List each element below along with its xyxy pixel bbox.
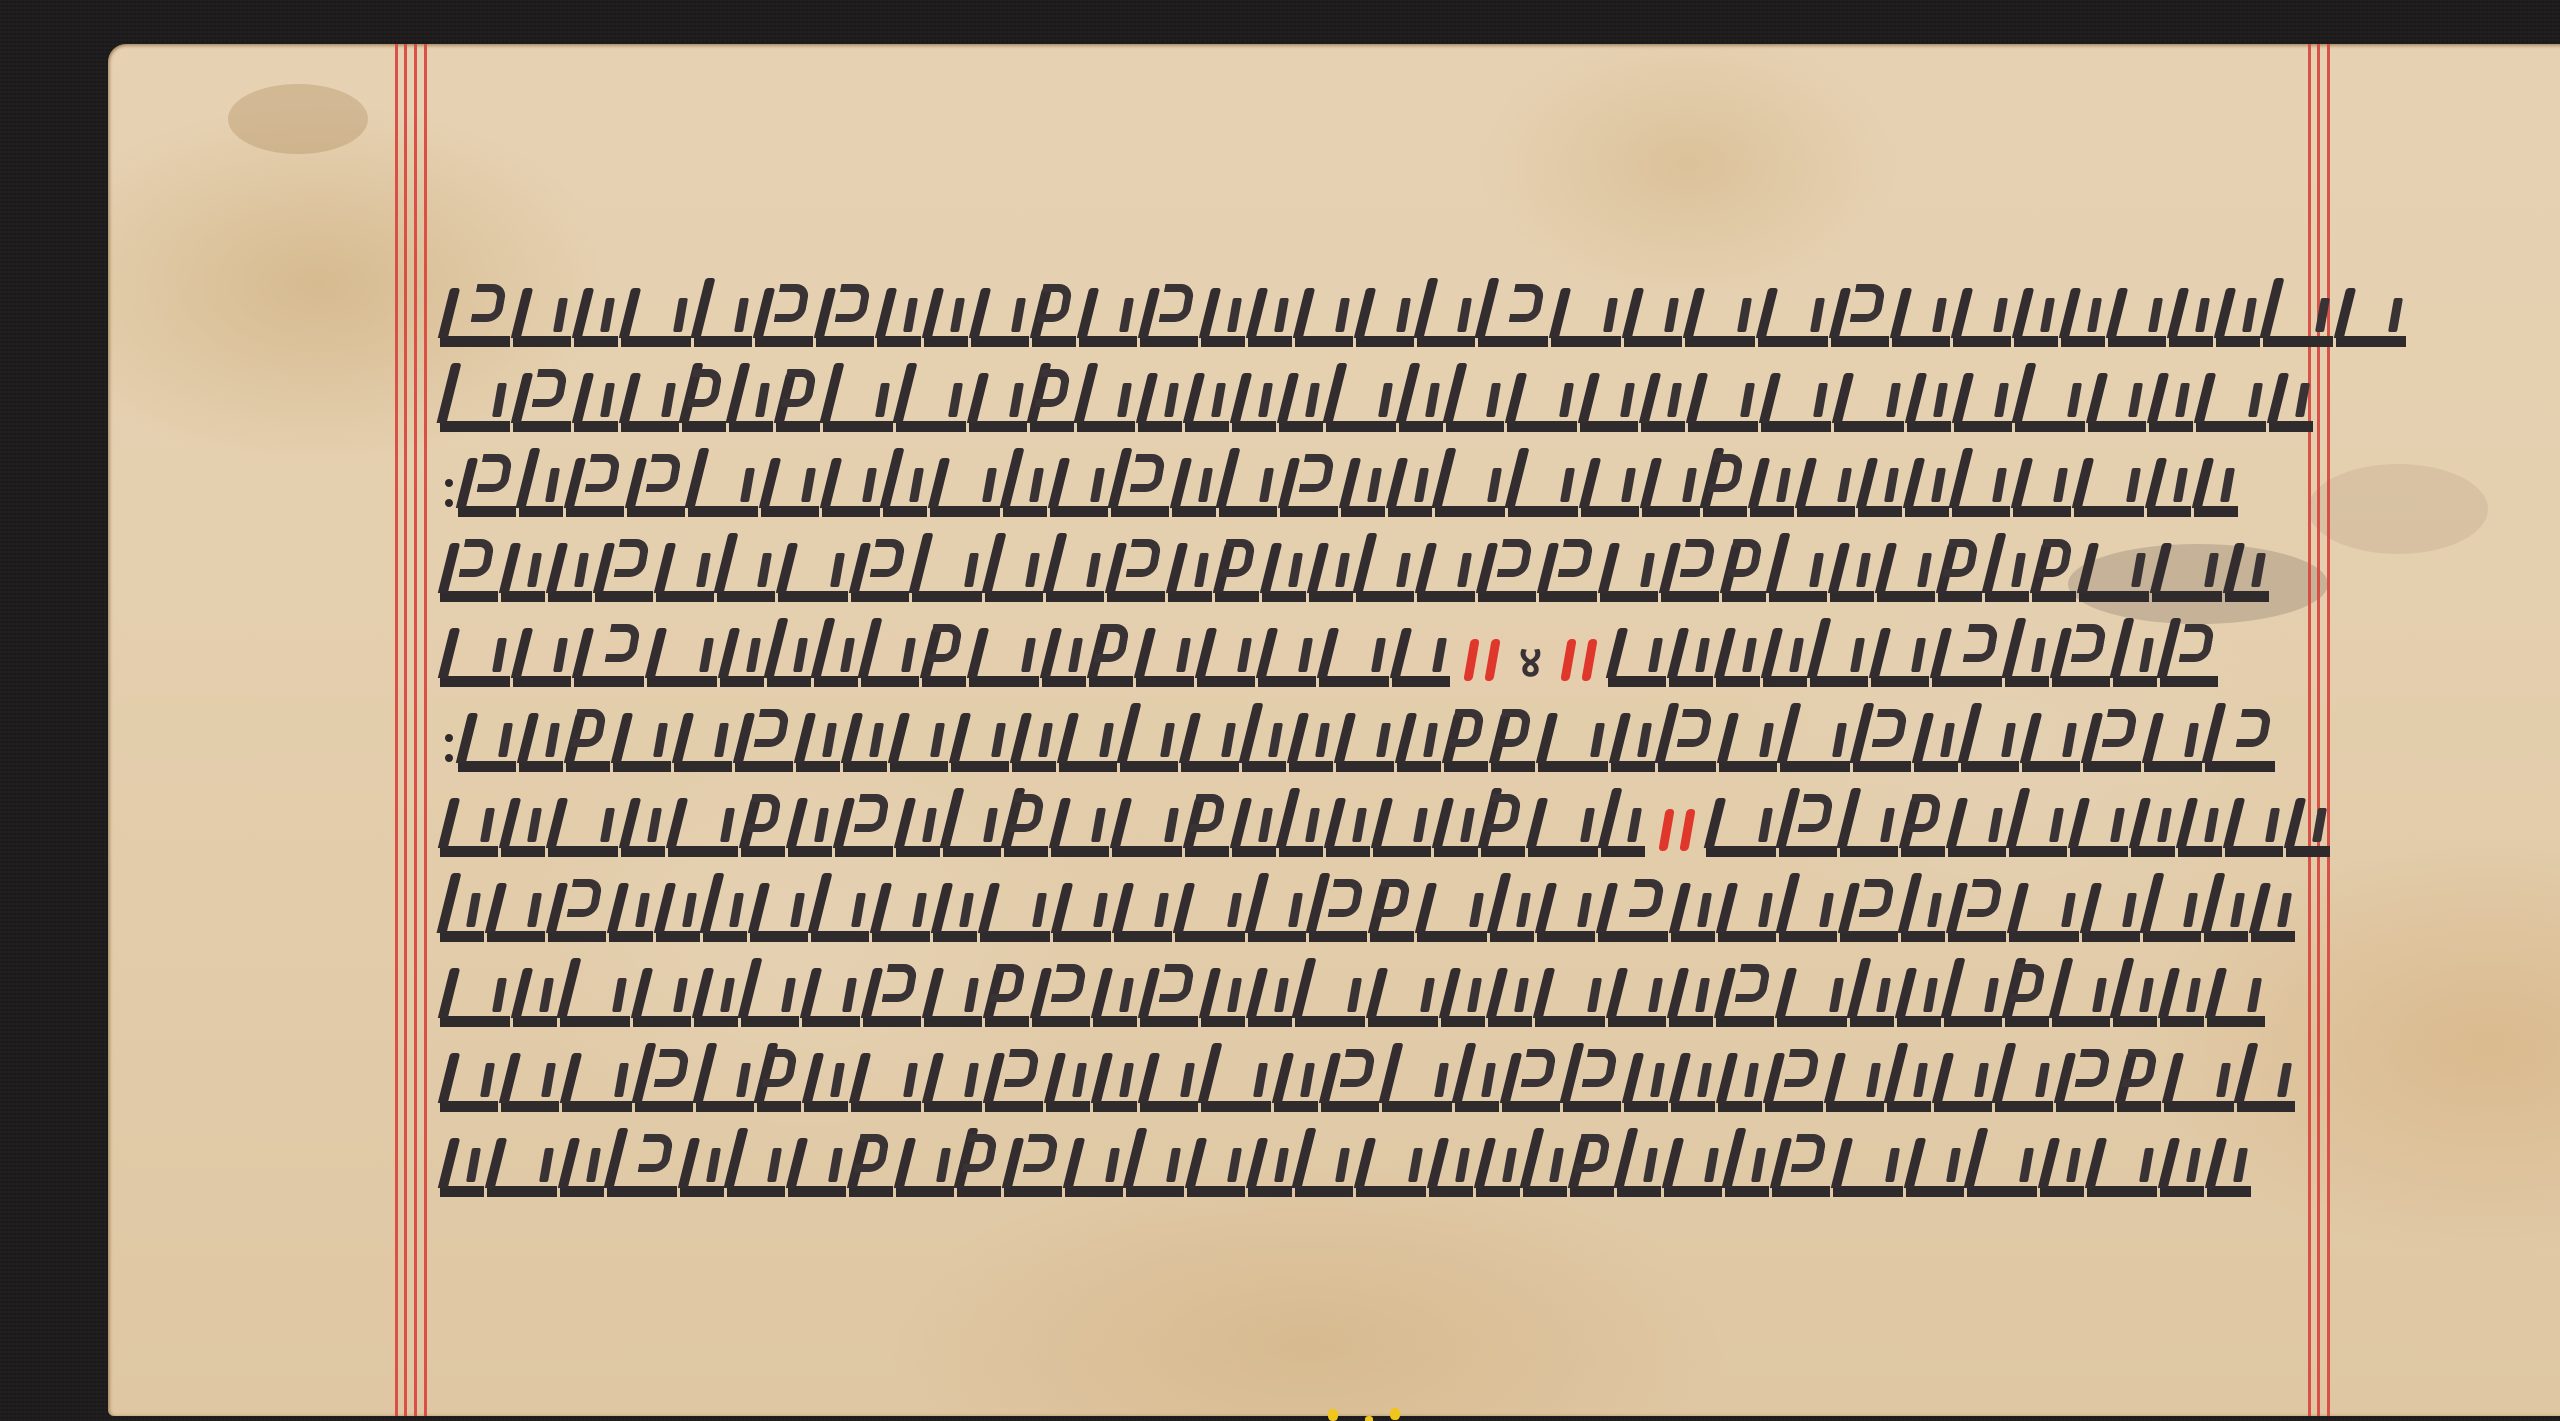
script-glyph (849, 1145, 893, 1197)
script-glyph (2013, 465, 2071, 517)
left-margin-rule (424, 44, 427, 1416)
script-glyph (2082, 890, 2140, 942)
script-glyph (2225, 550, 2269, 602)
script-glyph (1538, 720, 1608, 772)
script-glyph (1664, 1145, 1722, 1197)
script-glyph (1995, 1060, 2053, 1112)
script-glyph (1258, 635, 1316, 687)
script-glyph (1523, 1145, 1567, 1197)
script-glyph (788, 1145, 846, 1197)
script-glyph (796, 720, 840, 772)
script-glyph (1478, 550, 1536, 602)
script-glyph (2149, 380, 2193, 432)
script-glyph (609, 890, 653, 942)
script-glyph (1079, 295, 1137, 347)
script-glyph (1382, 1060, 1452, 1112)
script-glyph (1853, 720, 1911, 772)
script-glyph (802, 975, 860, 1027)
script-glyph (1059, 720, 1117, 772)
script-glyph (1197, 635, 1255, 687)
script-glyph (778, 550, 848, 602)
script-glyph (1948, 805, 2006, 857)
script-glyph (1280, 465, 1338, 517)
script-glyph (1718, 890, 1776, 942)
text-line (440, 1027, 2300, 1112)
script-glyph (1370, 890, 1414, 942)
script-glyph (1012, 720, 1056, 772)
text-line (440, 942, 2300, 1027)
script-glyph (1077, 380, 1135, 432)
script-glyph (1326, 805, 1370, 857)
script-glyph (1539, 550, 1597, 602)
script-glyph (1274, 1060, 1318, 1112)
script-glyph (1490, 890, 1534, 942)
script-glyph (896, 380, 966, 432)
script-glyph (440, 295, 510, 347)
script-glyph (1441, 975, 1485, 1027)
script-glyph (627, 465, 685, 517)
script-glyph (1397, 720, 1441, 772)
visarga-mark (444, 720, 454, 772)
script-glyph (458, 465, 516, 517)
script-glyph (2225, 805, 2283, 857)
paper-stain (2308, 464, 2488, 554)
script-glyph (566, 720, 610, 772)
script-glyph (1769, 550, 1827, 602)
script-glyph (843, 720, 887, 772)
script-glyph (2237, 1060, 2295, 1112)
script-glyph (1309, 550, 1353, 602)
script-glyph (1295, 1145, 1353, 1197)
script-glyph (487, 890, 545, 942)
script-glyph (1833, 1145, 1903, 1197)
script-glyph (1046, 550, 1104, 602)
script-glyph (1831, 295, 1889, 347)
script-glyph (1887, 1060, 1931, 1112)
red-double-danda (1467, 639, 1497, 681)
script-glyph (943, 805, 1001, 857)
verse-number: ४ (1519, 641, 1542, 685)
script-glyph (922, 635, 966, 687)
script-glyph (1905, 465, 1949, 517)
script-glyph (1953, 295, 2011, 347)
paper-stain (228, 84, 368, 154)
script-glyph (1669, 975, 1713, 1027)
script-glyph (2204, 890, 2248, 942)
script-glyph (788, 805, 832, 857)
script-glyph (2087, 1145, 2157, 1197)
script-glyph (1201, 295, 1245, 347)
script-glyph (1722, 550, 1766, 602)
script-glyph (1932, 635, 2002, 687)
script-glyph (574, 635, 644, 687)
script-glyph (1780, 720, 1850, 772)
script-glyph (985, 1060, 1043, 1112)
script-glyph (1502, 1060, 1560, 1112)
script-glyph (1172, 465, 1216, 517)
script-glyph (890, 720, 948, 772)
script-glyph (1906, 1145, 1964, 1197)
script-glyph (1685, 295, 1755, 347)
script-glyph (2207, 1145, 2251, 1197)
script-glyph (2015, 380, 2085, 432)
script-glyph (1168, 550, 1212, 602)
script-glyph (1810, 635, 1868, 687)
script-glyph (1617, 1145, 1661, 1197)
script-glyph (1093, 975, 1137, 1027)
script-glyph (1779, 805, 1837, 857)
script-glyph (767, 635, 811, 687)
script-glyph (729, 380, 773, 432)
script-glyph (1042, 635, 1086, 687)
script-glyph (1907, 380, 1951, 432)
script-glyph (1797, 465, 1855, 517)
script-glyph (924, 975, 982, 1027)
right-margin-rule (2308, 44, 2311, 1416)
script-glyph (2196, 380, 2266, 432)
script-glyph (1967, 1145, 2037, 1197)
script-glyph (1136, 635, 1194, 687)
script-glyph (883, 465, 927, 517)
script-glyph (1581, 465, 1639, 517)
script-glyph (757, 1060, 801, 1112)
script-glyph (1126, 1145, 1184, 1197)
script-glyph (607, 1145, 677, 1197)
script-glyph (761, 465, 819, 517)
script-glyph (2074, 465, 2144, 517)
script-glyph (513, 295, 571, 347)
script-glyph (1295, 975, 1365, 1027)
script-glyph (2108, 295, 2166, 347)
script-glyph (1262, 550, 1306, 602)
script-glyph (1107, 550, 1165, 602)
script-glyph (1478, 295, 1548, 347)
script-glyph (2216, 295, 2260, 347)
script-glyph (1093, 1060, 1137, 1112)
script-glyph (1777, 975, 1847, 1027)
script-glyph (1580, 380, 1638, 432)
script-glyph (755, 295, 813, 347)
script-glyph (2079, 550, 2149, 602)
left-margin-rule (395, 44, 398, 1416)
script-glyph (574, 295, 618, 347)
script-glyph (2032, 550, 2076, 602)
script-glyph (519, 465, 563, 517)
script-glyph (1914, 720, 1958, 772)
script-glyph (1032, 975, 1090, 1027)
script-glyph (1356, 1145, 1426, 1197)
script-glyph (2056, 1060, 2114, 1112)
pigment-speck (1328, 1409, 1338, 1421)
script-glyph (656, 550, 714, 602)
script-glyph (1444, 720, 1488, 772)
script-glyph (776, 380, 820, 432)
script-glyph (930, 465, 1000, 517)
script-glyph (912, 550, 982, 602)
script-glyph (440, 635, 510, 687)
script-glyph (2194, 465, 2238, 517)
script-glyph (1140, 295, 1198, 347)
script-glyph (2005, 975, 2049, 1027)
script-glyph (1750, 465, 1794, 517)
script-glyph (2117, 1060, 2161, 1112)
text-line (440, 347, 2300, 432)
script-glyph (2205, 720, 2275, 772)
script-glyph (548, 890, 606, 942)
text-line (440, 772, 2300, 857)
script-glyph (440, 890, 484, 942)
script-glyph (1388, 465, 1432, 517)
script-glyph (1175, 890, 1245, 942)
script-glyph (2251, 890, 2295, 942)
script-glyph (2164, 1060, 2234, 1112)
script-glyph (1877, 550, 1935, 602)
script-glyph (1608, 975, 1666, 1027)
red-double-danda (1662, 809, 1692, 851)
text-line (440, 432, 2300, 517)
script-glyph (501, 805, 545, 857)
script-glyph (2286, 805, 2330, 857)
script-glyph (1248, 295, 1292, 347)
script-glyph (896, 1145, 954, 1197)
script-glyph (501, 1060, 559, 1112)
script-glyph (656, 890, 700, 942)
script-glyph (1608, 635, 1666, 687)
script-glyph (440, 975, 510, 1027)
script-glyph (1601, 805, 1645, 857)
script-glyph (1598, 890, 1668, 942)
script-glyph (2009, 890, 2079, 942)
script-glyph (1871, 635, 1929, 687)
manuscript-text-block: ४ (440, 262, 2300, 1197)
script-glyph (1765, 1060, 1823, 1112)
script-glyph (621, 380, 679, 432)
script-glyph (1111, 465, 1169, 517)
script-glyph (1004, 805, 1048, 857)
right-margin-rule (2317, 44, 2320, 1416)
script-glyph (574, 380, 618, 432)
script-glyph (1120, 720, 1178, 772)
script-glyph (924, 295, 968, 347)
script-glyph (613, 720, 671, 772)
script-glyph (1446, 380, 1504, 432)
script-glyph (1215, 550, 1259, 602)
script-glyph (1112, 805, 1182, 857)
script-glyph (1658, 720, 1716, 772)
script-glyph (1242, 720, 1286, 772)
script-glyph (1181, 720, 1239, 772)
script-glyph (1392, 635, 1450, 687)
script-glyph (1892, 295, 1950, 347)
script-glyph (1897, 975, 1941, 1027)
script-glyph (440, 1145, 484, 1197)
script-glyph (458, 720, 516, 772)
script-glyph (1725, 1145, 1769, 1197)
left-margin-rule (414, 44, 417, 1416)
script-glyph (1491, 720, 1535, 772)
script-glyph (1901, 890, 1945, 942)
script-glyph (1201, 975, 1245, 1027)
script-glyph (861, 635, 919, 687)
script-glyph (1399, 380, 1443, 432)
script-glyph (696, 1060, 754, 1112)
script-glyph (1289, 720, 1333, 772)
script-glyph (823, 380, 893, 432)
script-glyph (560, 975, 630, 1027)
script-glyph (2160, 975, 2204, 1027)
script-glyph (2005, 635, 2049, 687)
script-glyph (1985, 550, 2029, 602)
script-glyph (2147, 465, 2191, 517)
script-glyph (1948, 890, 2006, 942)
script-glyph (1661, 550, 1719, 602)
script-glyph (1295, 295, 1353, 347)
script-glyph (717, 550, 775, 602)
left-margin-rule (404, 44, 407, 1416)
script-glyph (1508, 465, 1578, 517)
script-glyph (1706, 805, 1776, 857)
script-glyph (971, 295, 1029, 347)
script-glyph (1185, 805, 1229, 857)
photo-frame: ४ (0, 0, 2560, 1421)
script-glyph (1279, 380, 1323, 432)
script-glyph (1232, 380, 1276, 432)
script-glyph (851, 1060, 921, 1112)
script-glyph (1003, 465, 1047, 517)
script-glyph (2207, 975, 2265, 1027)
right-margin-rule (2327, 44, 2330, 1416)
pigment-speck (1365, 1416, 1373, 1421)
script-glyph (1934, 1060, 1992, 1112)
script-glyph (2113, 635, 2157, 687)
script-glyph (1429, 1145, 1473, 1197)
script-glyph (1248, 975, 1292, 1027)
script-glyph (1004, 1145, 1062, 1197)
script-glyph (1537, 890, 1595, 942)
script-glyph (621, 295, 691, 347)
script-glyph (1140, 1060, 1198, 1112)
script-glyph (694, 295, 752, 347)
script-glyph (1050, 465, 1108, 517)
script-glyph (1046, 1060, 1090, 1112)
script-glyph (1481, 805, 1525, 857)
script-glyph (1570, 1145, 1614, 1197)
script-glyph (1758, 295, 1828, 347)
script-glyph (872, 890, 930, 942)
script-glyph (2178, 805, 2222, 857)
script-glyph (501, 550, 545, 602)
text-line (440, 262, 2300, 347)
script-glyph (1326, 380, 1396, 432)
script-glyph (1319, 635, 1389, 687)
script-glyph (1954, 380, 2012, 432)
script-glyph (680, 1145, 724, 1197)
script-glyph (1535, 975, 1605, 1027)
script-glyph (2040, 1145, 2084, 1197)
script-glyph (1417, 890, 1487, 942)
script-glyph (814, 635, 858, 687)
script-glyph (1321, 1060, 1379, 1112)
script-glyph (2083, 720, 2141, 772)
script-glyph (2160, 1145, 2204, 1197)
script-glyph (674, 720, 732, 772)
script-glyph (513, 380, 571, 432)
script-glyph (2143, 890, 2201, 942)
script-glyph (1219, 465, 1277, 517)
script-glyph (1373, 805, 1431, 857)
script-glyph (1507, 380, 1577, 432)
script-glyph (1051, 805, 1109, 857)
script-glyph (595, 550, 653, 602)
script-glyph (985, 550, 1043, 602)
script-glyph (1624, 295, 1682, 347)
script-glyph (2336, 295, 2406, 347)
script-glyph (1138, 380, 1182, 432)
red-double-danda (1564, 639, 1594, 681)
script-glyph (1185, 380, 1229, 432)
script-glyph (1834, 380, 1904, 432)
script-glyph (2144, 720, 2202, 772)
text-line (440, 517, 2300, 602)
script-glyph (1830, 550, 1874, 602)
script-glyph (1187, 1145, 1245, 1197)
script-glyph (822, 465, 880, 517)
script-glyph (1309, 890, 1367, 942)
script-glyph (2070, 805, 2128, 857)
script-glyph (2061, 295, 2105, 347)
script-glyph (750, 890, 808, 942)
script-glyph (1600, 550, 1658, 602)
script-glyph (1476, 1145, 1520, 1197)
script-glyph (2169, 295, 2213, 347)
script-glyph (440, 805, 498, 857)
script-glyph (440, 380, 510, 432)
script-glyph (1763, 635, 1807, 687)
script-glyph (1488, 975, 1532, 1027)
script-glyph (1201, 1060, 1271, 1112)
script-glyph (1858, 465, 1902, 517)
script-glyph (1417, 295, 1475, 347)
script-glyph (2014, 295, 2058, 347)
script-glyph (487, 1145, 557, 1197)
script-glyph (1642, 465, 1700, 517)
visarga-mark (444, 465, 454, 517)
script-glyph (933, 890, 977, 942)
script-glyph (1850, 975, 1894, 1027)
script-glyph (2152, 550, 2222, 602)
script-glyph (2263, 295, 2333, 347)
script-glyph (985, 975, 1029, 1027)
script-glyph (1641, 380, 1685, 432)
script-glyph (682, 380, 726, 432)
script-glyph (2131, 805, 2175, 857)
script-glyph (727, 1145, 785, 1197)
script-glyph (980, 890, 1050, 942)
script-glyph (1772, 1145, 1830, 1197)
text-line: ४ (440, 602, 2300, 687)
script-glyph (877, 295, 921, 347)
script-glyph (1551, 295, 1621, 347)
script-glyph (1455, 1060, 1499, 1112)
script-glyph (1368, 975, 1438, 1027)
script-glyph (1671, 890, 1715, 942)
script-glyph (1232, 805, 1276, 857)
script-glyph (1944, 975, 2002, 1027)
script-glyph (741, 805, 785, 857)
script-glyph (513, 635, 571, 687)
script-glyph (1826, 1060, 1884, 1112)
script-glyph (668, 805, 738, 857)
